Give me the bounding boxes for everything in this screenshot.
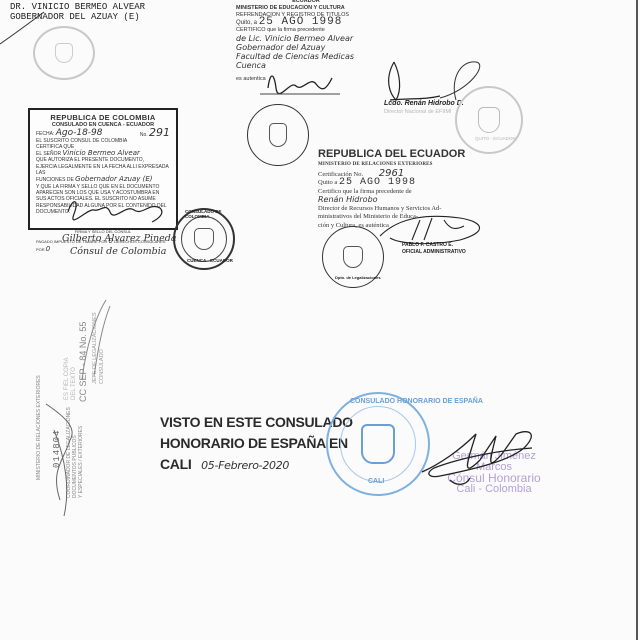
crest-icon [478, 107, 500, 133]
crest-icon [361, 424, 395, 464]
relaciones-exteriores-seal: Dpto. de Legalizaciones [322, 226, 384, 288]
colombia-consulate-seal: CONSULADO DE COLOMBIA CUENCA - ECUADOR [173, 208, 235, 270]
scan-edge-line [636, 0, 638, 640]
spain-consulate-seal: CONSULADO HONORARIO DE ESPAÑA CALI [326, 392, 430, 496]
crest-icon [269, 123, 287, 147]
castro-block: PABLO F. CASTRO E. OFICIAL ADMINISTRATIV… [402, 242, 466, 256]
certificate-number: 291 [149, 126, 170, 139]
certification-date: 25 AGO 1998 [339, 177, 416, 188]
fecha-value: Ago-18-98 [56, 128, 103, 138]
azuay-seal [33, 26, 95, 80]
ministry-top-signature [260, 68, 340, 98]
hidrobo-block: Lcdo. Renán Hidrobo D. Director Nacional… [384, 100, 464, 116]
vertical-signature-2 [40, 400, 80, 520]
crest-icon [55, 43, 73, 63]
spain-visto-stamp: VISTO EN ESTE CONSULADO HONORARIO DE ESP… [160, 412, 353, 476]
colombia-consul-block: Gilberto Alvarez Pineda Cónsul de Colomb… [62, 232, 177, 258]
quito-seal: QUITO - ECUADOR [455, 86, 523, 154]
visto-date: 05-Febrero-2020 [201, 459, 289, 472]
ministry-education-seal [247, 104, 309, 166]
spain-consul-signature [420, 420, 540, 490]
crest-icon [194, 228, 214, 250]
ecuador-title: REPUBLICA DEL ECUADOR [318, 148, 494, 161]
vertical-signature-1 [76, 296, 116, 386]
colombia-consul-signature [60, 194, 170, 224]
crest-icon [343, 246, 363, 268]
